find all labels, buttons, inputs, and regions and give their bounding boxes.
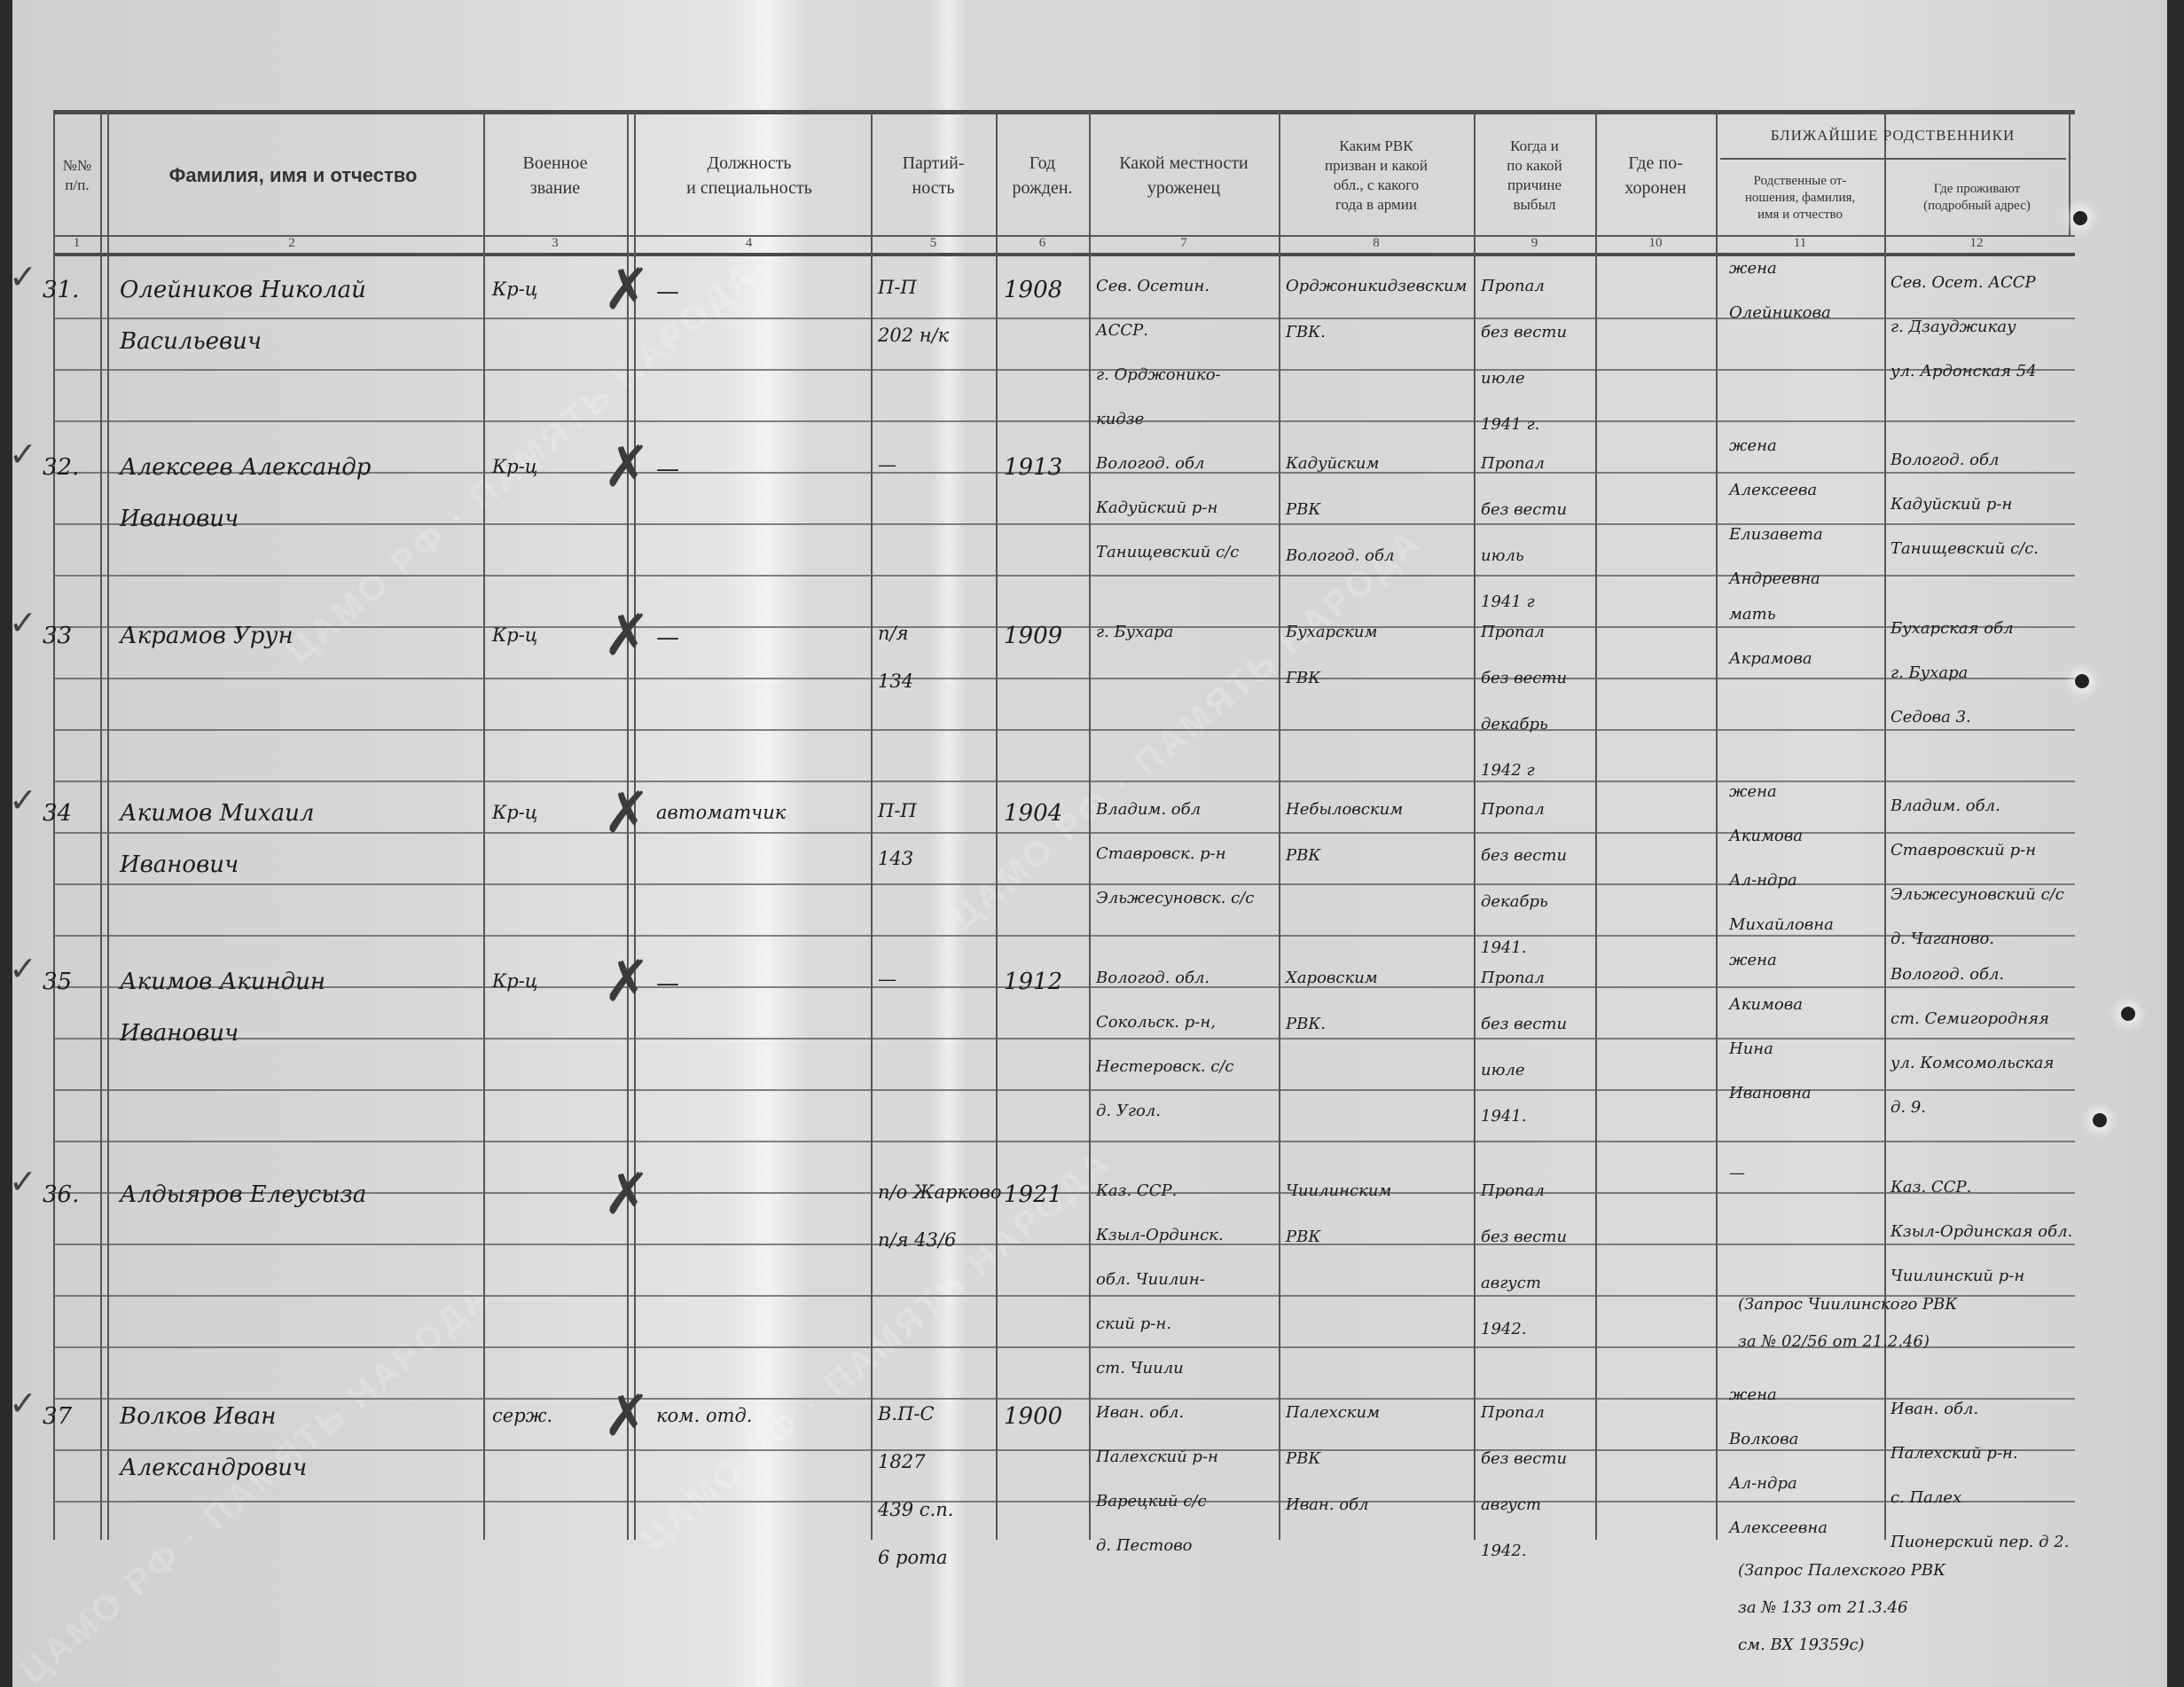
- dropped-out: без вести: [1481, 1015, 1567, 1033]
- ruled-line: [53, 1244, 2075, 1245]
- column-number: 5: [871, 236, 996, 254]
- rvk: Орджоникидзевским: [1286, 277, 1467, 295]
- dropped-out: июле: [1481, 1061, 1525, 1079]
- ruled-line: [53, 1449, 2075, 1451]
- dropped-out: Пропал: [1481, 1403, 1545, 1422]
- rvk: РВК: [1286, 500, 1320, 519]
- military-rank: Кр-ц: [492, 970, 537, 992]
- cross-mark-icon: ✗: [603, 257, 651, 323]
- column-number: 7: [1089, 236, 1279, 254]
- rvk: Палехским: [1286, 1403, 1380, 1422]
- relative: жена: [1729, 1385, 1777, 1404]
- address: Каз. ССР.: [1890, 1178, 1971, 1197]
- birthplace: ский р-н.: [1096, 1314, 1171, 1333]
- column-divider: [1884, 112, 1886, 1540]
- dropped-out: август: [1481, 1495, 1541, 1514]
- punch-hole: [2073, 211, 2087, 225]
- address: Седова 3.: [1890, 708, 1971, 726]
- military-rank: серж.: [492, 1405, 552, 1426]
- header-buried: Где по-хоронен: [1597, 115, 1714, 235]
- relative: Нина: [1729, 1040, 1773, 1058]
- birthplace: Иван. обл.: [1096, 1403, 1184, 1422]
- birth-year: 1904: [1004, 800, 1062, 827]
- cross-mark-icon: ✗: [603, 949, 651, 1015]
- full-name: Иванович: [120, 851, 239, 878]
- address: с. Палех: [1890, 1488, 1961, 1507]
- relative: Ивановна: [1729, 1084, 1812, 1102]
- birthplace: Сев. Осетин.: [1096, 277, 1209, 295]
- punch-hole: [2093, 1113, 2107, 1127]
- address: Сев. Осет. АССР: [1890, 273, 2036, 292]
- position: —: [656, 624, 679, 651]
- dropped-out: июль: [1481, 546, 1524, 565]
- party-membership: 6 рота: [878, 1547, 948, 1568]
- full-name: Алексеев Александр: [120, 454, 371, 481]
- header-birth-year: Годрожден.: [998, 115, 1087, 235]
- header-position: Должностьи специальность: [630, 115, 869, 235]
- column-divider: [483, 112, 485, 1540]
- birthplace: обл. Чиилин-: [1096, 1270, 1205, 1289]
- dropped-out: без вести: [1481, 846, 1567, 865]
- dropped-out: без вести: [1481, 1449, 1567, 1468]
- handwritten-note: (Запрос Палехского РВК: [1738, 1561, 1945, 1580]
- rvk: Иван. обл: [1286, 1495, 1369, 1514]
- rvk: РВК.: [1286, 1015, 1326, 1033]
- address: Танищевский с/с.: [1890, 539, 2039, 558]
- column-number: 1: [53, 236, 100, 254]
- dropped-out: 1942 г: [1481, 761, 1535, 780]
- position: —: [656, 456, 679, 483]
- address: Кзыл-Ординская обл.: [1890, 1222, 2072, 1241]
- punch-hole: [2075, 674, 2089, 688]
- birthplace: Нестеровск. с/с: [1096, 1057, 1234, 1076]
- header-rvk: Каким РВКпризван и какойобл., с какогого…: [1280, 115, 1472, 235]
- party-membership: 439 с.п.: [878, 1499, 953, 1520]
- party-membership: В.П-С: [878, 1403, 935, 1424]
- column-divider: [1595, 112, 1597, 1540]
- address: г. Бухара: [1890, 663, 1968, 682]
- relative: Алексеевна: [1729, 1518, 1828, 1537]
- cross-mark-icon: ✗: [603, 603, 651, 669]
- check-mark-icon: ✓: [9, 1162, 37, 1201]
- column-divider: [2069, 112, 2070, 236]
- full-name: Акимов Михаил: [120, 800, 314, 827]
- birthplace: Кадуйский р-н: [1096, 498, 1217, 517]
- address: г. Дзауджикау: [1890, 318, 2016, 336]
- header-party: Партий-ность: [873, 115, 994, 235]
- full-name: Акимов Акиндин: [120, 969, 325, 995]
- birthplace: Варецкий с/с: [1096, 1492, 1207, 1510]
- address: Кадуйский р-н: [1890, 495, 2012, 514]
- full-name: Акрамов Урун: [120, 623, 294, 649]
- ruled-line: [53, 729, 2075, 731]
- column-divider: [871, 112, 873, 1540]
- header-relatives-group: БЛИЖАЙШИЕ РОДСТВЕННИКИ: [1718, 115, 2068, 155]
- dropped-out: без вести: [1481, 1228, 1567, 1246]
- party-membership: —: [878, 454, 896, 475]
- birthplace: Владим. обл: [1096, 800, 1201, 819]
- ruled-line: [53, 420, 2075, 422]
- party-membership: —: [878, 969, 896, 990]
- check-mark-icon: ✓: [9, 435, 37, 474]
- rvk: Кадуйским: [1286, 454, 1379, 473]
- birth-year: 1912: [1004, 969, 1062, 995]
- handwritten-note: за № 02/56 от 21.2.46): [1738, 1332, 1930, 1351]
- dropped-out: Пропал: [1481, 623, 1545, 641]
- dropped-out: 1941.: [1481, 1107, 1527, 1126]
- relative: жена: [1729, 951, 1777, 969]
- address: Палехский р-н.: [1890, 1444, 2018, 1463]
- dropped-out: 1942.: [1481, 1320, 1527, 1338]
- column-number: 9: [1474, 236, 1595, 254]
- birthplace: Ставровск. р-н: [1096, 844, 1226, 863]
- dropped-out: декабрь: [1481, 715, 1548, 734]
- birthplace: Палехский р-н: [1096, 1448, 1218, 1466]
- ruled-line: [53, 1501, 2075, 1503]
- rvk: ГВК.: [1286, 323, 1326, 341]
- relative: мать: [1729, 605, 1776, 624]
- relative: жена: [1729, 436, 1777, 455]
- full-name: Александрович: [120, 1455, 307, 1481]
- dropped-out: 1941.: [1481, 938, 1527, 957]
- cross-mark-icon: ✗: [603, 1384, 651, 1449]
- military-rank: Кр-ц: [492, 802, 537, 823]
- ruled-line: [53, 369, 2075, 371]
- birth-year: 1909: [1004, 623, 1062, 649]
- cross-mark-icon: ✗: [603, 435, 651, 500]
- header-address: Где проживают(подробный адрес): [1886, 161, 2068, 234]
- address: д. Чаганово.: [1890, 930, 1994, 948]
- dropped-out: Пропал: [1481, 969, 1545, 987]
- birthplace: АССР.: [1096, 321, 1148, 340]
- check-mark-icon: ✓: [9, 1384, 37, 1423]
- address: Ставровский р-н: [1890, 841, 2036, 859]
- relative: Ал-ндра: [1729, 1474, 1797, 1493]
- position: —: [656, 279, 679, 305]
- check-mark-icon: ✓: [9, 257, 37, 296]
- dropped-out: июле: [1481, 369, 1525, 388]
- rvk: Чиилинским: [1286, 1181, 1391, 1200]
- birthplace: Сокольск. р-н,: [1096, 1013, 1216, 1032]
- handwritten-note: см. ВХ 19359с): [1738, 1636, 1865, 1654]
- party-membership: П-П: [878, 800, 917, 821]
- check-mark-icon: ✓: [9, 949, 37, 988]
- party-membership: п/о Жарково: [878, 1181, 1002, 1203]
- party-membership: 202 н/к: [878, 325, 949, 346]
- cross-mark-icon: ✗: [603, 781, 651, 846]
- birth-year: 1908: [1004, 277, 1062, 303]
- birthplace: Танищевский с/с: [1096, 543, 1239, 561]
- address: ст. Семигородняя: [1890, 1009, 2049, 1028]
- rvk: РВК: [1286, 1228, 1320, 1246]
- row-number: 35: [43, 969, 72, 995]
- cross-mark-icon: ✗: [603, 1162, 651, 1228]
- dropped-out: Пропал: [1481, 277, 1545, 295]
- full-name: Васильевич: [120, 328, 262, 355]
- header-relative: Родственные от-ношения, фамилия,имя и от…: [1718, 161, 1883, 234]
- address: д. 9.: [1890, 1098, 1926, 1117]
- relative: Акимова: [1729, 827, 1803, 845]
- party-membership: п/я: [878, 623, 909, 644]
- address: Чиилинский р-н: [1890, 1267, 2024, 1285]
- address: ул. Комсомольская: [1890, 1054, 2054, 1072]
- birthplace: ст. Чиили: [1096, 1359, 1184, 1377]
- column-divider: [1716, 112, 1718, 1540]
- header-top-rule: [53, 110, 2075, 114]
- dropped-out: без вести: [1481, 669, 1567, 687]
- party-membership: 143: [878, 848, 913, 869]
- rvk: ГВК: [1286, 669, 1320, 687]
- dropped-out: без вести: [1481, 500, 1567, 519]
- check-mark-icon: ✓: [9, 603, 37, 642]
- dropped-out: Пропал: [1481, 800, 1545, 819]
- row-number: 34: [43, 800, 72, 827]
- check-mark-icon: ✓: [9, 781, 37, 820]
- dropped-out: Пропал: [1481, 454, 1545, 473]
- military-rank: Кр-ц: [492, 279, 537, 300]
- party-membership: П-П: [878, 277, 917, 298]
- rvk: Вологод. обл: [1286, 546, 1394, 565]
- row-number: 36.: [43, 1181, 79, 1208]
- header-full-name: Фамилия, имя и отчество: [105, 115, 481, 235]
- rvk: РВК: [1286, 1449, 1320, 1468]
- relative: Михайловна: [1729, 915, 1834, 934]
- address: Иван. обл.: [1890, 1400, 1978, 1418]
- header-birthplace: Какой местностиуроженец: [1091, 115, 1277, 235]
- relative: Андреевна: [1729, 569, 1820, 588]
- position: автоматчик: [656, 802, 786, 823]
- column-number: 11: [1716, 236, 1884, 254]
- column-number: 6: [996, 236, 1089, 254]
- handwritten-note: (Запрос Чиилинского РВК: [1738, 1295, 1957, 1314]
- birthplace: Кзыл-Ординск.: [1096, 1226, 1224, 1244]
- birthplace: д. Угол.: [1096, 1102, 1161, 1120]
- relative: жена: [1729, 259, 1777, 278]
- position: ком. отд.: [656, 1405, 753, 1426]
- address: Вологод. обл.: [1890, 965, 2004, 984]
- dropped-out: 1942.: [1481, 1542, 1527, 1560]
- column-divider: [1279, 112, 1280, 1540]
- ruled-line: [53, 626, 2075, 628]
- header-number: №№п/п.: [55, 115, 99, 235]
- dropped-out: август: [1481, 1274, 1541, 1292]
- rvk: Харовским: [1286, 969, 1378, 987]
- address: Эльжесуновский с/с: [1890, 885, 2064, 904]
- birthplace: г. Бухара: [1096, 623, 1173, 641]
- relative: Акрамова: [1729, 649, 1812, 668]
- position: —: [656, 970, 679, 997]
- dropped-out: Пропал: [1481, 1181, 1545, 1200]
- birthplace: Каз. ССР.: [1096, 1181, 1177, 1200]
- ruled-line: [53, 678, 2075, 679]
- column-number: 4: [627, 236, 871, 254]
- relative: Олейникова: [1729, 303, 1831, 322]
- dropped-out: 1941 г: [1481, 592, 1535, 611]
- column-divider: [1474, 112, 1476, 1540]
- relatives-group-rule: [1720, 158, 2066, 160]
- row-number: 33: [43, 623, 72, 649]
- party-membership: п/я 43/6: [878, 1229, 956, 1251]
- ruled-line: [53, 935, 2075, 937]
- column-number: 12: [1884, 236, 2069, 254]
- address: Вологод. обл: [1890, 451, 1999, 469]
- full-name: Волков Иван: [120, 1403, 276, 1430]
- address: Владим. обл.: [1890, 796, 2000, 815]
- column-number: 2: [100, 236, 483, 254]
- full-name: Иванович: [120, 506, 239, 532]
- address: ул. Ардонская 54: [1890, 362, 2037, 381]
- birthplace: г. Орджонико-: [1096, 365, 1221, 384]
- relative: Волкова: [1729, 1430, 1798, 1448]
- full-name: Иванович: [120, 1020, 239, 1047]
- address: Бухарская обл: [1890, 619, 2014, 638]
- row-number: 32.: [43, 454, 79, 481]
- birthplace: Эльжесуновск. с/с: [1096, 889, 1254, 907]
- column-divider: [996, 112, 998, 1540]
- column-number: 8: [1279, 236, 1474, 254]
- military-rank: Кр-ц: [492, 624, 537, 646]
- birthplace: д. Пестово: [1096, 1536, 1193, 1555]
- ruled-line: [53, 986, 2075, 988]
- party-membership: 134: [878, 671, 913, 692]
- birthplace: Вологод. обл: [1096, 454, 1204, 473]
- relative: жена: [1729, 782, 1777, 801]
- column-divider: [1089, 112, 1091, 1540]
- birth-year: 1913: [1004, 454, 1062, 481]
- punch-hole: [2121, 1007, 2135, 1021]
- header-rank: Военноезвание: [485, 115, 625, 235]
- column-divider: [100, 112, 109, 1540]
- row-number: 31.: [43, 277, 79, 303]
- dropped-out: 1941 г.: [1481, 415, 1539, 434]
- dropped-out: без вести: [1481, 323, 1567, 341]
- relative: Акимова: [1729, 995, 1803, 1014]
- full-name: Олейников Николай: [120, 277, 366, 303]
- row-number: 37: [43, 1403, 72, 1430]
- ruled-line: [53, 1141, 2075, 1142]
- birthplace: Вологод. обл.: [1096, 969, 1209, 987]
- column-number: 10: [1595, 236, 1716, 254]
- birth-year: 1900: [1004, 1403, 1062, 1430]
- relative: Алексеева: [1729, 481, 1817, 499]
- header-dropped: Когда ипо какойпричиневыбыл: [1476, 115, 1593, 235]
- full-name: Алдыяров Елеусыза: [120, 1181, 366, 1208]
- party-membership: 1827: [878, 1451, 925, 1472]
- column-number: 3: [483, 236, 627, 254]
- birth-year: 1921: [1004, 1181, 1062, 1208]
- rvk: Небыловским: [1286, 800, 1403, 819]
- relative: —: [1729, 1164, 1745, 1182]
- birthplace: кидзе: [1096, 410, 1144, 428]
- address: Пионерский пер. д 2.: [1890, 1533, 2069, 1551]
- relative: Елизавета: [1729, 525, 1823, 544]
- rvk: Бухарским: [1286, 623, 1377, 641]
- dropped-out: декабрь: [1481, 892, 1548, 911]
- military-rank: Кр-ц: [492, 456, 537, 477]
- handwritten-note: за № 133 от 21.3.46: [1738, 1598, 1907, 1617]
- relative: Ал-ндра: [1729, 871, 1797, 890]
- rvk: РВК: [1286, 846, 1320, 865]
